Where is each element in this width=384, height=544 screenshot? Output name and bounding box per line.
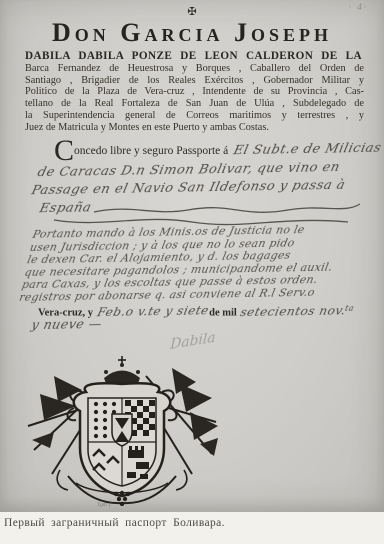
titles-line: Politico de la Plaza de Vera-cruz , Inte…: [25, 86, 364, 98]
signature: Dabila: [170, 329, 216, 353]
document-subtitle: DABILA DABILA PONZE DE LEON CALDERON DE …: [25, 50, 362, 62]
date-handwritten-year2: y nueve —: [30, 316, 104, 332]
document-title: Don Garcia Joseph: [0, 18, 384, 48]
handwritten-body: Portanto mando à los Minis.os de Justici…: [18, 223, 367, 304]
caption-strip: Первый заграничный паспорт Боливара.: [0, 512, 384, 544]
titles-line: la Superintendencia general de Correos m…: [25, 110, 364, 122]
handwritten-line: Passage en el Navio San Ildefonso y pass…: [30, 178, 347, 198]
cross-icon: ✠: [0, 5, 384, 18]
drop-cap: C: [54, 134, 74, 167]
date-printed-mid: de mil: [209, 308, 237, 319]
date-handwritten-year: setecientos nov.: [239, 303, 347, 319]
date-handwritten-day: Feb.o v.te y siete: [96, 303, 211, 319]
coat-of-arms-graphic: [24, 356, 220, 506]
titles-line: Juez de Matricula y Montes en este Puert…: [25, 122, 364, 134]
titles-line: Santiago , Brigadier de los Reales Exérc…: [25, 75, 364, 87]
book-page: · 4· ✠ Don Garcia Joseph DABILA DABILA P…: [0, 0, 384, 544]
grant-printed-text: oncedo libre y seguro Passporte á: [74, 145, 228, 157]
titles-paragraph: Barca Fernandez de Heuestrosa y Borques …: [25, 63, 364, 133]
grant-handwritten-text: El Subt.e de Milicias: [232, 140, 383, 158]
caption-text: Первый заграничный паспорт Боливара.: [4, 517, 225, 529]
date-handwritten-sup: ta: [344, 304, 355, 313]
passport-photo: · 4· ✠ Don Garcia Joseph DABILA DABILA P…: [0, 0, 384, 513]
titles-line: Barca Fernandez de Heuestrosa y Borques …: [25, 63, 364, 75]
titles-line: tellano de la Real Fortaleza de San Juan…: [25, 98, 364, 110]
engraver-mark: Typh. f.: [97, 503, 112, 508]
